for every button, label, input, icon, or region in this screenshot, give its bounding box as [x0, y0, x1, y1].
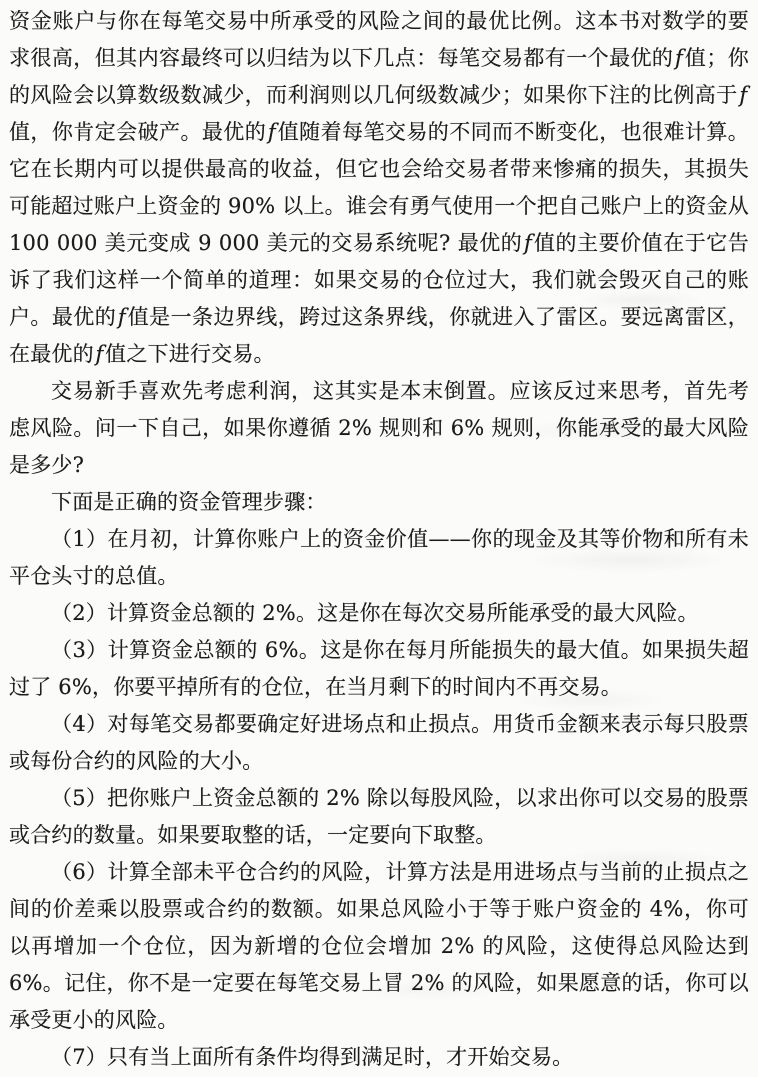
optimal-f-symbol: f: [675, 46, 683, 70]
paragraph: （4）对每笔交易都要确定好进场点和止损点。用货币金额来表示每只股票或每份合约的风…: [9, 706, 749, 780]
paragraph: （2）计算资金总额的 2%。这是你在每次交易所能承受的最大风险。: [9, 595, 749, 632]
optimal-f-symbol: f: [95, 342, 103, 366]
paragraph: 下面是正确的资金管理步骤：: [9, 484, 749, 521]
optimal-f-symbol: f: [524, 231, 532, 255]
paragraph: 资金账户与你在每笔交易中所承受的风险之间的最优比例。这本书对数学的要求很高，但其…: [9, 3, 749, 373]
paragraph: 交易新手喜欢先考虑利润，这其实是本末倒置。应该反过来思考，首先考虑风险。问一下自…: [9, 373, 749, 484]
optimal-f-symbol: f: [118, 305, 126, 329]
paragraph: （3）计算资金总额的 6%。这是你在每月所能损失的最大值。如果损失超过了 6%，…: [9, 632, 749, 706]
paragraph: （1）在月初，计算你账户上的资金价值——你的现金及其等价物和所有未平仓头寸的总值…: [9, 521, 749, 595]
paragraph: （7）只有当上面所有条件均得到满足时，才开始交易。: [9, 1039, 749, 1076]
paragraph: （6）计算全部未平仓合约的风险，计算方法是用进场点与当前的止损点之间的价差乘以股…: [9, 854, 749, 1039]
body-text: 资金账户与你在每笔交易中所承受的风险之间的最优比例。这本书对数学的要求很高，但其…: [9, 3, 749, 1076]
paragraph: （5）把你账户上资金总额的 2% 除以每股风险，以求出你可以交易的股票或合约的数…: [9, 780, 749, 854]
optimal-f-symbol: f: [739, 83, 747, 107]
optimal-f-symbol: f: [268, 120, 276, 144]
scanned-book-page: 资金账户与你在每笔交易中所承受的风险之间的最优比例。这本书对数学的要求很高，但其…: [0, 0, 758, 1077]
